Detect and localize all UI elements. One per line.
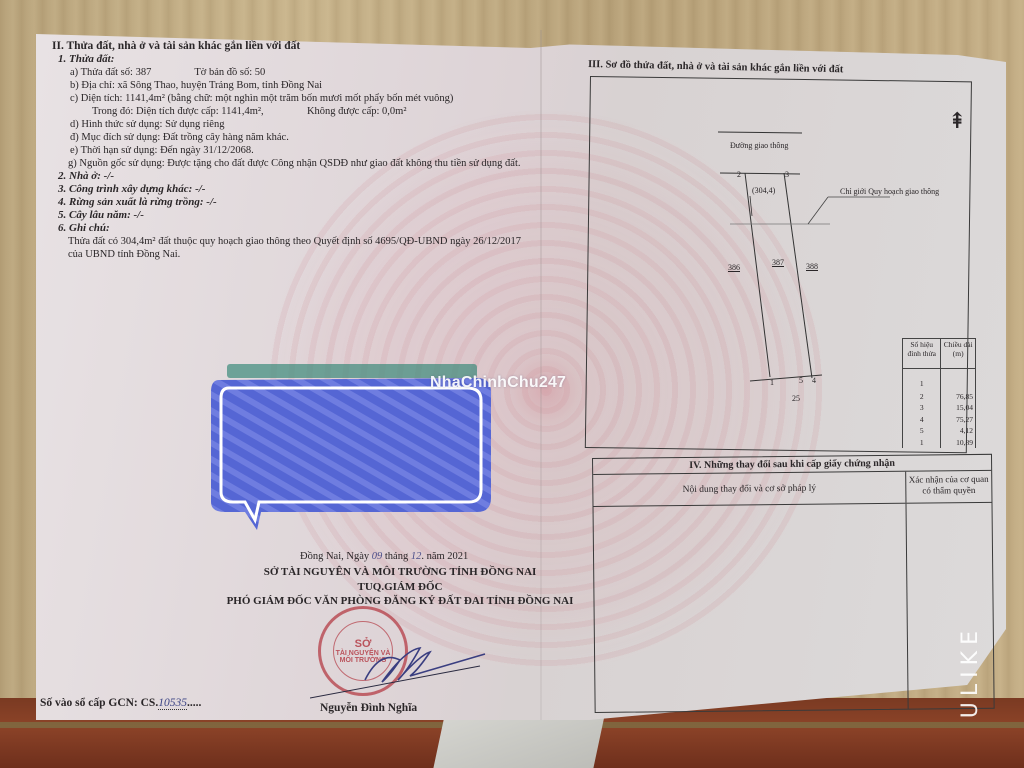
registry-number: Số vào sổ cấp GCN: CS.10535..... xyxy=(40,697,201,709)
planning-boundary-label: Chỉ giới Quy hoạch giao thông xyxy=(840,187,939,196)
length-cell xyxy=(941,369,976,391)
map-sheet-number: 50 xyxy=(255,67,266,78)
land-heading: 1. Thửa đất: xyxy=(58,53,552,66)
map-sheet-label: Tờ bản đồ số: xyxy=(194,67,252,78)
use-origin: g) Nguồn gốc sử dụng: Được tặng cho đất … xyxy=(68,157,538,170)
parcel-387: 387 xyxy=(772,258,784,267)
use-purpose: đ) Mục đích sử dụng: Đất trồng cây hàng … xyxy=(70,131,552,144)
vertex-cell: 1 xyxy=(903,369,941,391)
vertex-cell: 4 xyxy=(903,414,941,425)
length-cell: 10,89 xyxy=(941,437,976,449)
length-cell: 4,12 xyxy=(941,425,976,436)
org-line-3: PHÓ GIÁM ĐỐC VĂN PHÒNG ĐĂNG KÝ ĐẤT ĐAI T… xyxy=(190,595,610,607)
parcel-label: a) Thửa đất số: xyxy=(70,67,133,78)
length-cell: 15,04 xyxy=(941,402,976,413)
notes-text: Thửa đất có 304,4m² đất thuộc quy hoạch … xyxy=(68,235,538,261)
section-land-info: II. Thửa đất, nhà ở và tài sản khác gắn … xyxy=(52,40,552,261)
issue-date: Đồng Nai, Ngày 09 tháng 12. năm 2021 xyxy=(300,551,468,562)
length-table-row: 110,89 xyxy=(903,437,976,449)
vertex-cell: 3 xyxy=(903,402,941,413)
house: 2. Nhà ở: -/- xyxy=(58,170,552,183)
parcel-25: 25 xyxy=(792,394,800,403)
length-table-row: 54,12 xyxy=(903,425,976,436)
handwritten-signature xyxy=(310,620,490,700)
notes-heading: 6. Ghi chú: xyxy=(58,222,552,235)
vertex-3: 3 xyxy=(785,170,789,179)
vertex-cell: 2 xyxy=(903,391,941,402)
perennial-trees: 5. Cây lâu năm: -/- xyxy=(58,209,552,222)
area-not-granted: Không được cấp: 0,0m² xyxy=(307,106,407,117)
vertex-length-table: Số hiệu đỉnh thửa Chiều dài (m) 1276,853… xyxy=(902,338,976,448)
changes-col-content: Nội dung thay đổi và cơ sở pháp lý xyxy=(593,472,906,506)
length-table-row: 315,04 xyxy=(903,402,976,413)
signer-name: Nguyễn Đình Nghĩa xyxy=(320,702,417,714)
length-table-row: 1 xyxy=(903,369,976,391)
parcel-388: 388 xyxy=(806,262,818,271)
vertex-1: 1 xyxy=(770,378,774,387)
length-table-row: 276,85 xyxy=(903,391,976,402)
watermark-text: NhaChinhChu247 xyxy=(430,374,566,392)
parcel-row: a) Thửa đất số: 387 Tờ bản đồ số: 50 xyxy=(70,66,552,79)
address: b) Địa chỉ: xã Sông Thao, huyện Trảng Bo… xyxy=(70,79,552,92)
date-prefix: Đồng Nai, Ngày xyxy=(300,551,369,562)
road-label: Đường giao thông xyxy=(730,141,788,150)
area-granted: Trong đó: Diện tích được cấp: 1141,4m², xyxy=(92,106,264,117)
vertex-cell: 5 xyxy=(903,425,941,436)
changes-col-confirm: Xác nhận của cơ quan có thẩm quyền xyxy=(906,471,991,503)
other-construction: 3. Công trình xây dựng khác: -/- xyxy=(58,183,552,196)
date-month-label: tháng xyxy=(385,551,408,562)
parcel-number: 387 xyxy=(136,67,152,78)
section2-heading: II. Thửa đất, nhà ở và tài sản khác gắn … xyxy=(52,40,552,53)
ulike-brand-watermark: ULIKE xyxy=(958,625,983,718)
production-forest: 4. Rừng sản xuất là rừng trồng: -/- xyxy=(58,196,552,209)
date-year: năm 2021 xyxy=(427,551,469,562)
org-line-1: SỞ TÀI NGUYÊN VÀ MÔI TRƯỜNG TỈNH ĐỒNG NA… xyxy=(190,566,610,578)
area-breakdown: Trong đó: Diện tích được cấp: 1141,4m², … xyxy=(92,105,552,118)
length-table-row: 475,27 xyxy=(903,414,976,425)
use-term: e) Thời hạn sử dụng: Đến ngày 31/12/2068… xyxy=(70,144,552,157)
length-cell: 75,27 xyxy=(941,414,976,425)
date-month: 12 xyxy=(411,551,422,562)
area: c) Diện tích: 1141,4m² (bằng chữ: một ng… xyxy=(70,92,552,105)
length-cell: 76,85 xyxy=(941,391,976,402)
changes-content-cell xyxy=(594,504,909,712)
registry-value: 10535 xyxy=(158,697,187,710)
col-length: Chiều dài (m) xyxy=(941,339,976,369)
col-vertex: Số hiệu đỉnh thửa xyxy=(903,339,941,369)
planned-area: (304,4) xyxy=(752,186,775,195)
changes-table: IV. Những thay đổi sau khi cấp giấy chứn… xyxy=(592,454,995,713)
date-day: 09 xyxy=(372,551,383,562)
registry-label: Số vào sổ cấp GCN: CS. xyxy=(40,697,158,709)
use-form: d) Hình thức sử dụng: Sử dụng riêng xyxy=(70,118,552,131)
vertex-cell: 1 xyxy=(903,437,941,449)
vertex-4: 4 xyxy=(812,376,816,385)
parcel-386: 386 xyxy=(728,263,740,272)
org-line-2: TUQ.GIÁM ĐỐC xyxy=(190,581,610,593)
vertex-5: 5 xyxy=(799,376,803,385)
vertex-2: 2 xyxy=(737,170,741,179)
